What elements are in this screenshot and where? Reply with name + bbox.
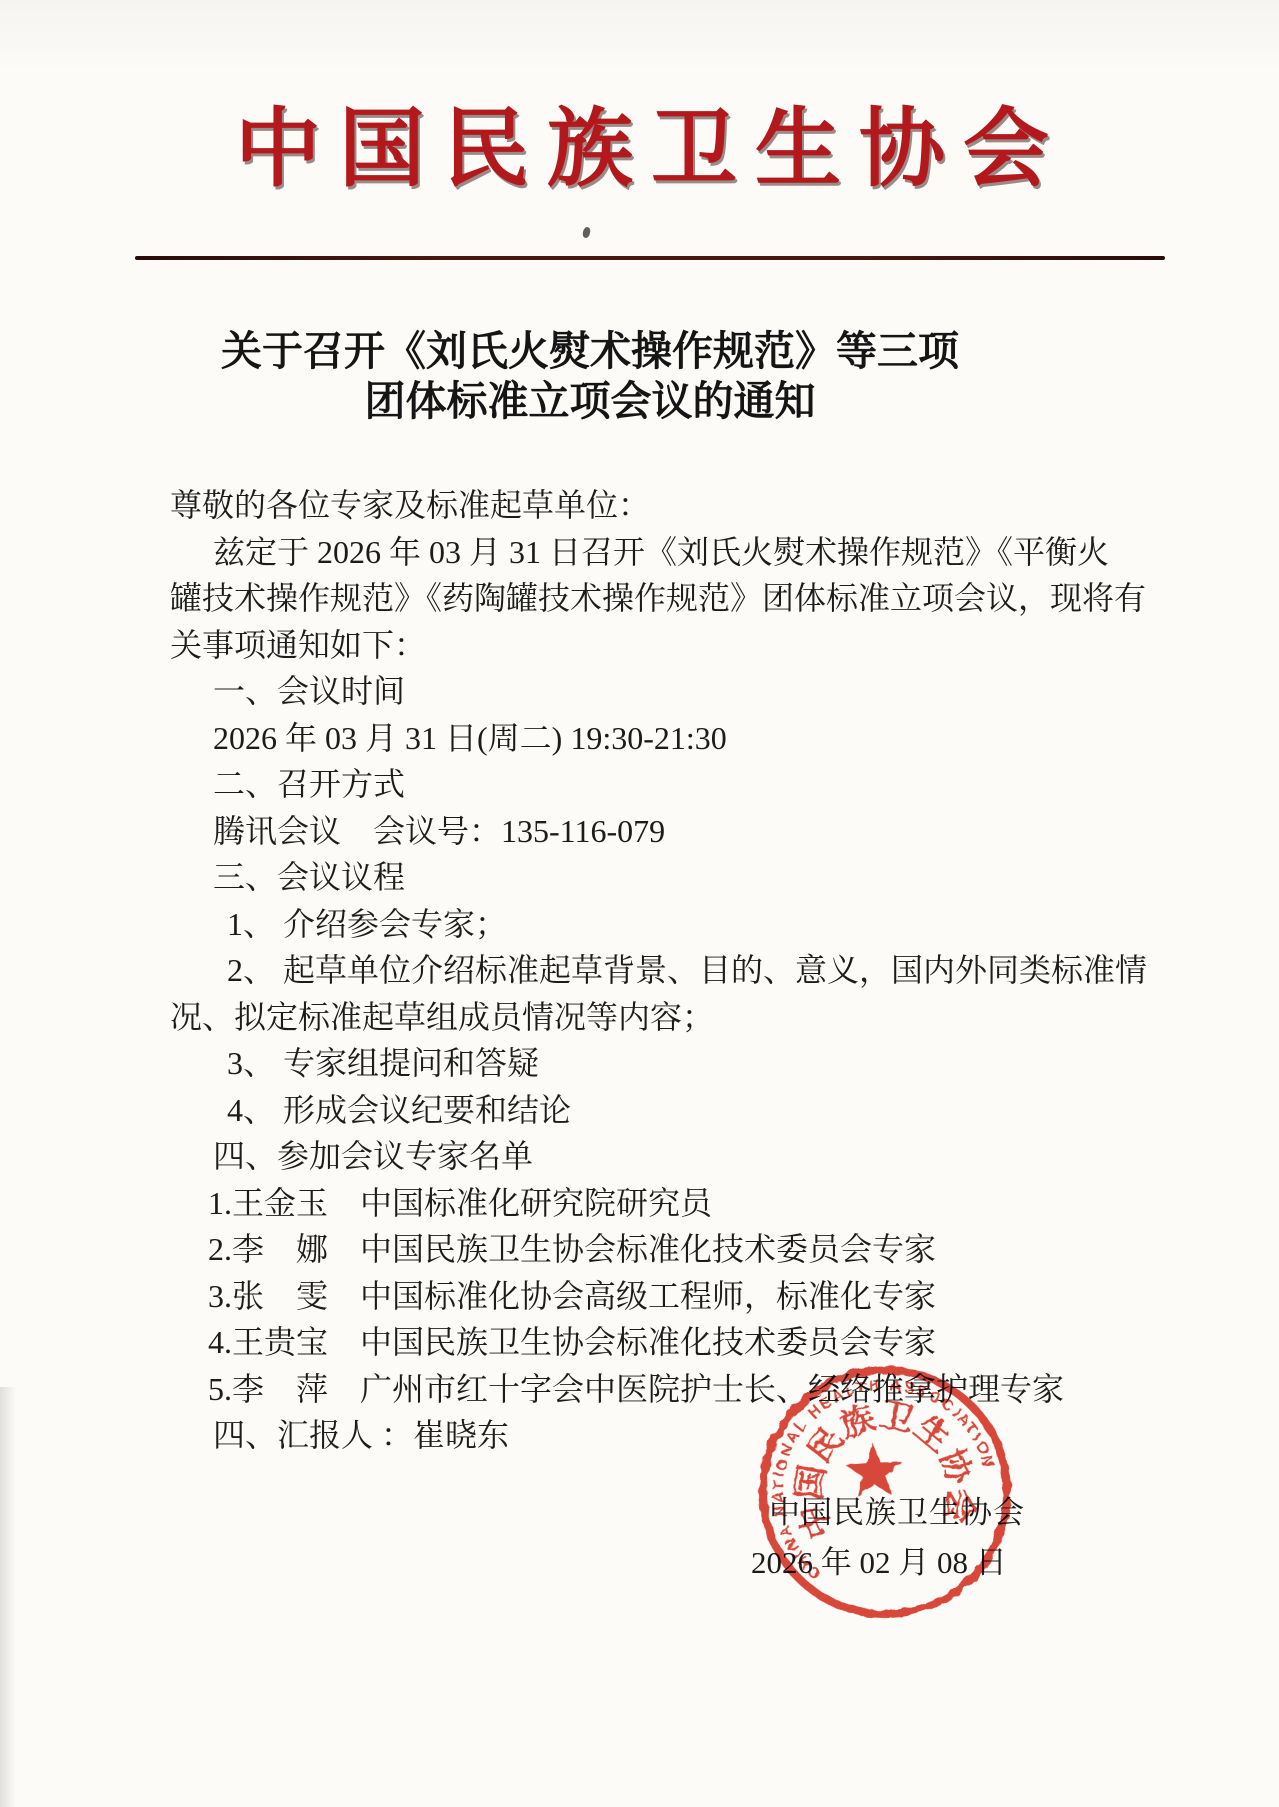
body-line: 2026 年 03 月 31 日(周二) 19:30-21:30 bbox=[170, 715, 1170, 762]
document-title-line1: 关于召开《刘氏火熨术操作规范》等三项 bbox=[0, 326, 1180, 376]
body-line: 4.王贵宝 中国民族卫生协会标准化技术委员会专家 bbox=[170, 1319, 1170, 1366]
body-line: 3、 专家组提问和答疑 bbox=[170, 1040, 1170, 1087]
official-seal: CHINA NATIONAL HEALTH ASSOCIATION 中国民族卫生… bbox=[738, 1345, 1032, 1639]
body-line: 二、召开方式 bbox=[170, 761, 1170, 808]
body-line: 尊敬的各位专家及标准起草单位： bbox=[170, 482, 1170, 529]
body-line: 况、拟定标准起草组成员情况等内容； bbox=[170, 994, 1170, 1041]
body-line: 三、会议议程 bbox=[170, 854, 1170, 901]
document-page: 中国民族卫生协会 关于召开《刘氏火熨术操作规范》等三项 团体标准立项会议的通知 … bbox=[0, 0, 1279, 1807]
body-line: 2、 起草单位介绍标准起草背景、目的、意义，国内外同类标准情 bbox=[170, 947, 1170, 994]
body-text: 尊敬的各位专家及标准起草单位：兹定于 2026 年 03 月 31 日召开《刘氏… bbox=[170, 482, 1170, 1459]
body-line: 一、会议时间 bbox=[170, 668, 1170, 715]
org-masthead: 中国民族卫生协会 bbox=[22, 102, 1279, 197]
body-line: 1.王金玉 中国标准化研究院研究员 bbox=[170, 1180, 1170, 1227]
official-seal-svg: CHINA NATIONAL HEALTH ASSOCIATION 中国民族卫生… bbox=[738, 1345, 1032, 1639]
document-title: 关于召开《刘氏火熨术操作规范》等三项 团体标准立项会议的通知 bbox=[0, 326, 1180, 426]
seal-star-icon bbox=[844, 1441, 904, 1498]
body-line: 腾讯会议 会议号：135-116-079 bbox=[170, 808, 1170, 855]
body-line: 四、参加会议专家名单 bbox=[170, 1133, 1170, 1180]
body-line: 兹定于 2026 年 03 月 31 日召开《刘氏火熨术操作规范》《平衡火 bbox=[170, 529, 1170, 576]
body-line: 3.张 雯 中国标准化协会高级工程师，标准化专家 bbox=[170, 1273, 1170, 1320]
body-line: 2.李 娜 中国民族卫生协会标准化技术委员会专家 bbox=[170, 1226, 1170, 1273]
body-line: 罐技术操作规范》《药陶罐技术操作规范》团体标准立项会议，现将有 bbox=[170, 575, 1170, 622]
body-line: 4、 形成会议纪要和结论 bbox=[170, 1087, 1170, 1134]
scan-speck-artifact bbox=[582, 226, 591, 238]
scan-top-shade bbox=[0, 0, 1279, 70]
body-line: 关事项通知如下： bbox=[170, 622, 1170, 669]
masthead-divider bbox=[135, 256, 1165, 260]
body-line: 1、 介绍参会专家； bbox=[170, 901, 1170, 948]
document-title-line2: 团体标准立项会议的通知 bbox=[0, 376, 1180, 426]
scan-edge-shadow bbox=[0, 1387, 16, 1807]
